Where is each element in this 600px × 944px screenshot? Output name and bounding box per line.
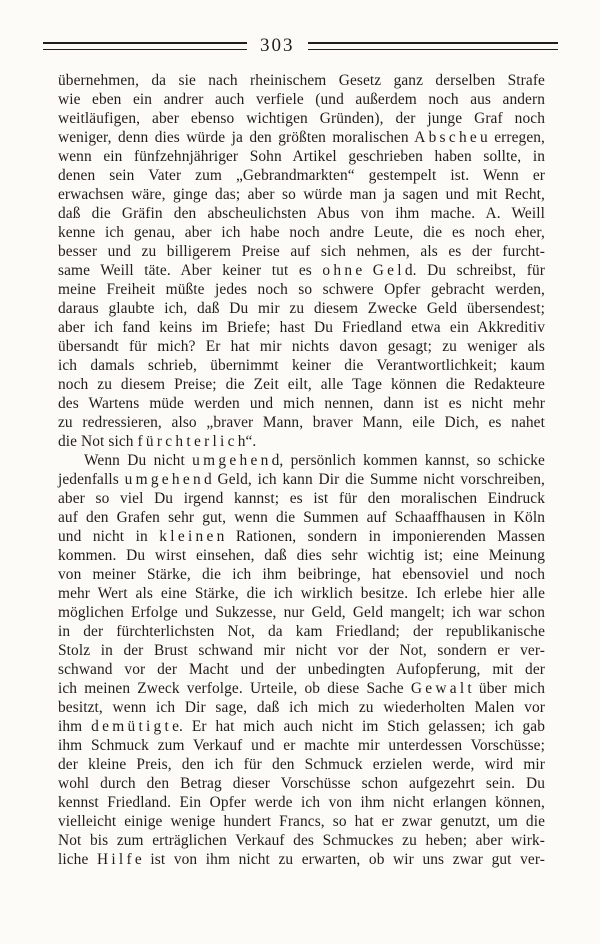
book-page: 303 übernehmen, da sie nach rheinischem …	[0, 0, 600, 944]
text-line: denen sein Vater zum „Gebrandmarkten“ ge…	[58, 166, 545, 185]
header-rule-left	[43, 42, 247, 50]
text-line: möglichen Erfolge und Sukzesse, nur Geld…	[58, 603, 545, 622]
text-line: weniger, denn dies würde ja den größten …	[58, 128, 545, 147]
text-line: von meiner Stärke, die ich ihm beibringe…	[58, 565, 545, 584]
text-line: in der fürchterlichsten Not, da kam Frie…	[58, 622, 545, 641]
text-line: Stolz in der Brust schwand mir nicht vor…	[58, 641, 545, 660]
text-line: schwand vor der Macht und der unbedingte…	[58, 660, 545, 679]
text-line: aber ich fand keins im Briefe; hast Du F…	[58, 318, 545, 337]
text-line: jedenfalls u m g e h e n d Geld, ich kan…	[58, 470, 545, 489]
paragraph: Wenn Du nicht u m g e h e n d, persönlic…	[58, 451, 545, 869]
text-line: Not bis zum erträglichen Verkauf des Sch…	[58, 831, 545, 850]
text-line: auf den Grafen sehr gut, wenn die Summen…	[58, 508, 545, 527]
text-line: aber so viel Du irgend kannst; es ist fü…	[58, 489, 545, 508]
text-line: ich meinen Zweck verfolge. Urteile, ob d…	[58, 679, 545, 698]
page-number: 303	[247, 34, 308, 58]
text-line: ihm d e m ü t i g t e. Er hat mich auch …	[58, 717, 545, 736]
page-body: übernehmen, da sie nach rheinischem Gese…	[58, 71, 545, 869]
text-line: kenne ich genau, aber ich habe noch andr…	[58, 223, 545, 242]
text-line: daß die Gräfin den abscheulichsten Abus …	[58, 204, 545, 223]
text-line: übernehmen, da sie nach rheinischem Gese…	[58, 71, 545, 90]
text-line: des Wartens müde werden und mich nennen,…	[58, 394, 545, 413]
text-line: die Not sich f ü r c h t e r l i c h“.	[58, 432, 545, 451]
text-line: Wenn Du nicht u m g e h e n d, persönlic…	[58, 451, 545, 470]
text-line: daraus glaubte ich, daß Du mir zu diesem…	[58, 299, 545, 318]
text-line: vielleicht einige wenige hundert Francs,…	[58, 812, 545, 831]
text-line: wie eben ein andrer auch verfiele (und a…	[58, 90, 545, 109]
text-line: same Weill täte. Aber keiner tut es o h …	[58, 261, 545, 280]
text-line: kennst Friedland. Ein Opfer werde ich vo…	[58, 793, 545, 812]
text-line: übersandt für mich? Er hat mir nichts da…	[58, 337, 545, 356]
text-line: ihm Schmuck zum Verkauf und er machte mi…	[58, 736, 545, 755]
text-line: wohl durch den Betrag dieser Vorschüsse …	[58, 774, 545, 793]
header-rule-right	[308, 42, 559, 50]
text-line: der kleine Preis, den ich für den Schmuc…	[58, 755, 545, 774]
text-line: ich damals schrieb, übernimmt keiner die…	[58, 356, 545, 375]
text-line: besser und zu billigerem Preise auf sich…	[58, 242, 545, 261]
text-line: und nicht in k l e i n e n Rationen, son…	[58, 527, 545, 546]
text-line: kommen. Du wirst einsehen, daß dies sehr…	[58, 546, 545, 565]
text-line: liche H i l f e ist von ihm nicht zu erw…	[58, 850, 545, 869]
text-line: erwachsen wäre, ginge das; aber so würde…	[58, 185, 545, 204]
paragraph: übernehmen, da sie nach rheinischem Gese…	[58, 71, 545, 451]
page-header: 303	[43, 34, 558, 58]
text-line: zu redressieren, also „braver Mann, brav…	[58, 413, 545, 432]
text-line: besitzt, wenn ich Dir sage, daß ich mich…	[58, 698, 545, 717]
text-line: wenn ein fünfzehnjähriger Sohn Artikel g…	[58, 147, 545, 166]
text-line: weitläufigen, aber ebenso wichtigen Grün…	[58, 109, 545, 128]
text-line: meine Freiheit müßte jedes noch so schwe…	[58, 280, 545, 299]
text-line: mehr Wert als eine Stärke, die ich wirkl…	[58, 584, 545, 603]
text-line: noch zu diesem Preise; die Zeit eilt, al…	[58, 375, 545, 394]
